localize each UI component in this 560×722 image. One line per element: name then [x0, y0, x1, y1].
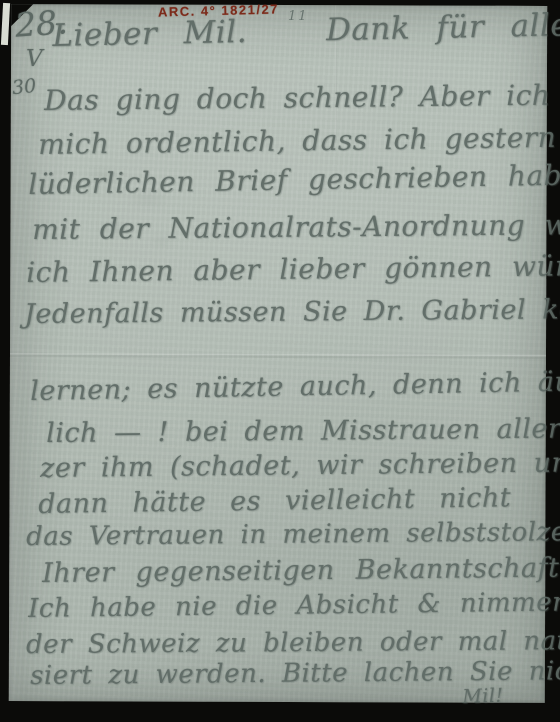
handwriting-line: dann hätte es vielleicht nicht: [38, 482, 511, 520]
underlying-sheet-edge: [1, 3, 10, 45]
handwriting-line: Ihrer gegenseitigen Bekanntschaft.: [42, 552, 560, 589]
handwriting-line: ich Ihnen aber lieber gönnen würde.: [26, 249, 560, 289]
handwriting-line: mit der Nationalrats-Anordnung was: [32, 208, 560, 246]
date-year: 30: [11, 75, 37, 99]
handwriting-line: der Schweiz zu bleiben oder mal naturali…: [26, 626, 560, 660]
letter-scan: ARC. 4° 1821/27 11 28. V 30 Lieber Mil. …: [0, 0, 560, 722]
closing-name: Mil!: [462, 685, 504, 708]
handwriting-line: das Vertrauen in meinem selbststolzen Wi…: [26, 516, 560, 552]
handwriting-line: Ich habe nie die Absicht & nimmer in: [28, 587, 560, 624]
handwriting-line: Jedenfalls müssen Sie Dr. Gabriel kennen: [24, 294, 560, 330]
handwriting-line: lich — ! bei dem Misstrauen aller Schwei…: [46, 412, 560, 449]
handwriting-line: Das ging doch schnell? Aber ich schäm: [44, 78, 560, 117]
fold-crease: [10, 353, 546, 359]
handwriting-line: zer ihm (schadet, wir schreiben uns oft,…: [40, 447, 560, 484]
ink-ghost-impression: [62, 146, 194, 264]
date-month: V: [26, 46, 43, 72]
